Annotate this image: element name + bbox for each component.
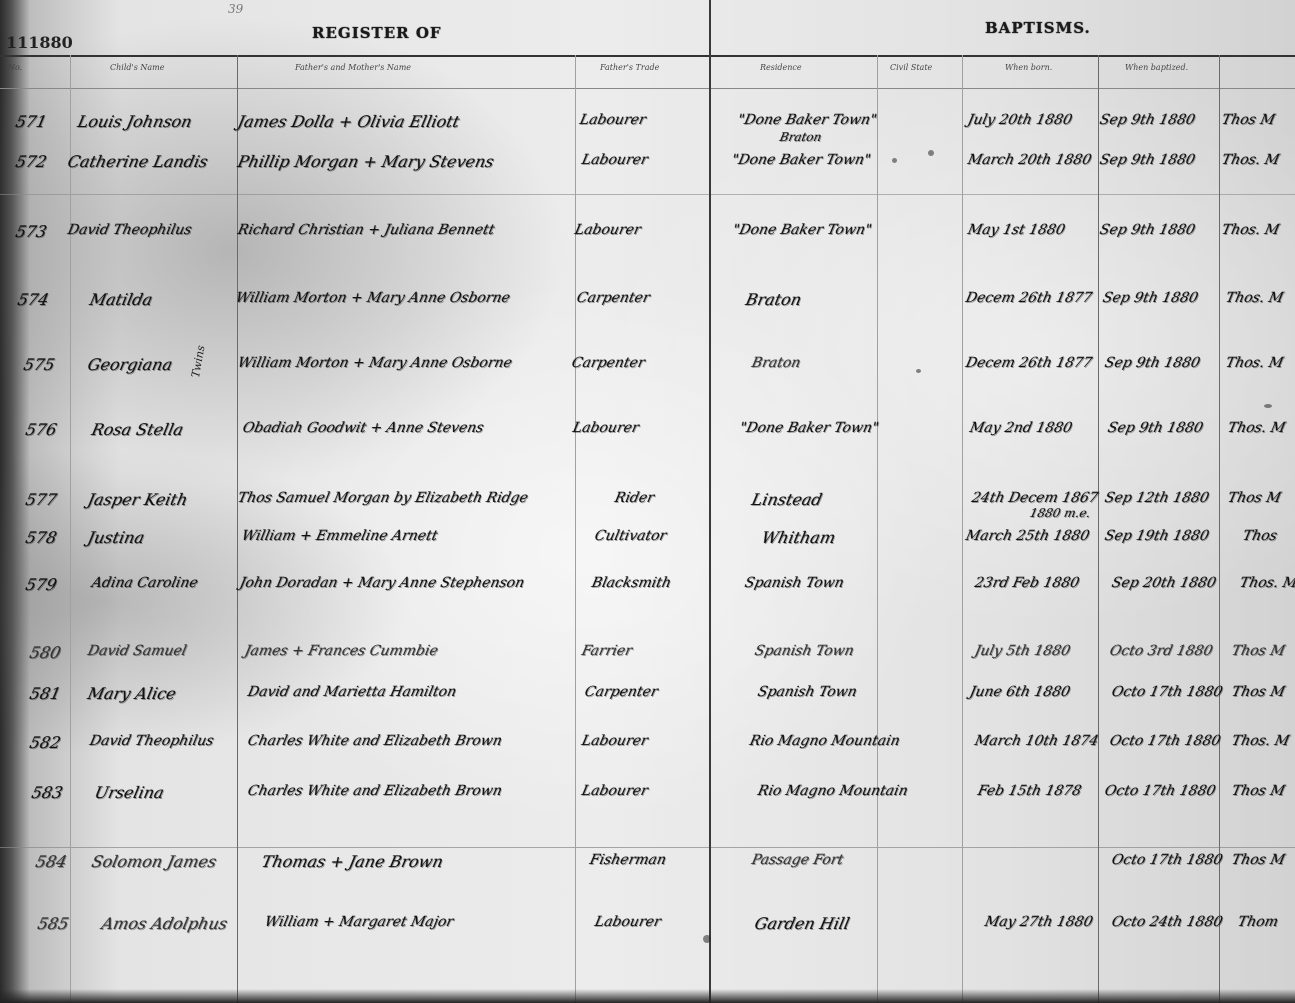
minister: Thos. M bbox=[1226, 420, 1287, 436]
father-trade: Blacksmith bbox=[590, 575, 672, 591]
baptized-date: Octo 17th 1880 bbox=[1108, 733, 1222, 749]
table-row: 571 Louis Johnson James Dolla + Olivia E… bbox=[0, 112, 1295, 152]
residence: Whitham bbox=[760, 528, 837, 547]
minister: Thos M bbox=[1230, 684, 1286, 700]
father-trade: Carpenter bbox=[570, 355, 646, 371]
entry-no: 573 bbox=[14, 222, 49, 241]
table-row: 580 David Samuel James + Frances Cummbie… bbox=[0, 643, 1295, 683]
minister: Thos M bbox=[1230, 643, 1286, 659]
residence: Spanish Town bbox=[743, 575, 845, 591]
entry-no: 577 bbox=[24, 490, 59, 509]
child-name: Catherine Landis bbox=[66, 152, 210, 171]
parents-name: William Morton + Mary Anne Osborne bbox=[236, 355, 513, 371]
table-row: 572 Catherine Landis Phillip Morgan + Ma… bbox=[0, 152, 1295, 192]
header-top-rule bbox=[0, 55, 1295, 57]
minister: Thos M bbox=[1226, 490, 1282, 506]
residence: Spanish Town bbox=[756, 684, 858, 700]
col-header-when-born: When born. bbox=[1005, 63, 1052, 72]
table-row: 578 Justina William + Emmeline Arnett Cu… bbox=[0, 528, 1295, 568]
born-date: 24th Decem 1867 bbox=[970, 490, 1099, 506]
born-date-correction: 1880 m.e. bbox=[1029, 506, 1092, 520]
parents-name: William Morton + Mary Anne Osborne bbox=[234, 290, 511, 306]
father-trade: Carpenter bbox=[575, 290, 651, 306]
minister: Thos M bbox=[1230, 852, 1286, 868]
baptized-date: Octo 17th 1880 bbox=[1110, 684, 1224, 700]
father-trade: Labourer bbox=[580, 733, 649, 749]
col-header-child-name: Child's Name bbox=[110, 63, 164, 72]
row-rule bbox=[0, 847, 1295, 848]
residence-note: Braton bbox=[779, 130, 823, 144]
entry-no: 585 bbox=[36, 914, 71, 933]
baptized-date: Octo 17th 1880 bbox=[1110, 852, 1224, 868]
born-date: March 20th 1880 bbox=[966, 152, 1093, 168]
baptized-date: Sep 9th 1880 bbox=[1098, 152, 1196, 168]
child-name: Amos Adolphus bbox=[100, 914, 229, 933]
parents-name: Thos Samuel Morgan by Elizabeth Ridge bbox=[236, 490, 529, 506]
baptized-date: Sep 9th 1880 bbox=[1106, 420, 1204, 436]
father-trade: Cultivator bbox=[593, 528, 668, 544]
born-date: July 20th 1880 bbox=[966, 112, 1073, 128]
entry-no: 578 bbox=[24, 528, 59, 547]
minister: Thos. M bbox=[1220, 152, 1281, 168]
ink-stain bbox=[916, 369, 921, 373]
header-bottom-rule bbox=[0, 88, 1295, 89]
minister: Thos. M bbox=[1220, 222, 1281, 238]
table-row: 574 Matilda William Morton + Mary Anne O… bbox=[0, 290, 1295, 330]
entry-no: 581 bbox=[28, 684, 63, 703]
father-trade: Labourer bbox=[573, 222, 642, 238]
born-date: Decem 26th 1877 bbox=[964, 355, 1093, 371]
entry-no: 583 bbox=[30, 783, 65, 802]
ink-stain bbox=[1264, 404, 1272, 408]
entry-no: 575 bbox=[22, 355, 57, 374]
parents-name: William + Margaret Major bbox=[263, 914, 455, 930]
ink-stain bbox=[928, 150, 934, 156]
born-date: Decem 26th 1877 bbox=[964, 290, 1093, 306]
page-number: 111880 bbox=[6, 33, 73, 52]
parents-name: Charles White and Elizabeth Brown bbox=[246, 783, 503, 799]
ink-stain bbox=[892, 158, 897, 163]
child-name: David Theophilus bbox=[88, 733, 215, 749]
father-trade: Labourer bbox=[571, 420, 640, 436]
minister: Thos. M bbox=[1224, 290, 1285, 306]
child-name: David Samuel bbox=[86, 643, 188, 659]
parents-name: David and Marietta Hamilton bbox=[246, 684, 458, 700]
father-trade: Labourer bbox=[578, 112, 647, 128]
child-name: Georgiana bbox=[86, 355, 174, 374]
born-date: May 27th 1880 bbox=[983, 914, 1094, 930]
parents-name: James + Frances Cummbie bbox=[243, 643, 439, 659]
father-trade: Farrier bbox=[580, 643, 633, 659]
table-row: 585 Amos Adolphus William + Margaret Maj… bbox=[0, 914, 1295, 954]
folio-mark: 39 bbox=[228, 2, 243, 16]
minister: Thos. M bbox=[1224, 355, 1285, 371]
register-title-left: REGISTER OF bbox=[312, 24, 442, 42]
baptized-date: Octo 17th 1880 bbox=[1103, 783, 1217, 799]
born-date: March 10th 1874 bbox=[973, 733, 1100, 749]
residence: Linstead bbox=[750, 490, 824, 509]
father-trade: Labourer bbox=[580, 783, 649, 799]
col-header-no: No. bbox=[8, 63, 22, 72]
baptized-date: Sep 20th 1880 bbox=[1110, 575, 1217, 591]
born-date: July 5th 1880 bbox=[973, 643, 1072, 659]
child-name: Rosa Stella bbox=[90, 420, 185, 439]
entry-no: 580 bbox=[28, 643, 63, 662]
born-date: June 6th 1880 bbox=[968, 684, 1071, 700]
baptized-date: Sep 12th 1880 bbox=[1103, 490, 1210, 506]
table-row: 581 Mary Alice David and Marietta Hamilt… bbox=[0, 684, 1295, 724]
residence: "Done Baker Town" bbox=[730, 152, 872, 168]
parents-name: William + Emmeline Arnett bbox=[240, 528, 439, 544]
minister: Thom bbox=[1236, 914, 1279, 930]
entry-no: 574 bbox=[16, 290, 51, 309]
baptized-date: Sep 9th 1880 bbox=[1098, 112, 1196, 128]
minister: Thos. M bbox=[1238, 575, 1295, 591]
born-date: 23rd Feb 1880 bbox=[973, 575, 1081, 591]
entry-no: 579 bbox=[24, 575, 59, 594]
child-name: Urselina bbox=[93, 783, 166, 802]
father-trade: Rider bbox=[613, 490, 655, 506]
page-prefix: 11 bbox=[6, 33, 28, 52]
baptized-date: Octo 3rd 1880 bbox=[1108, 643, 1214, 659]
residence: Braton bbox=[750, 355, 802, 371]
page-year: 1880 bbox=[28, 33, 73, 52]
table-row: 579 Adina Caroline John Doradan + Mary A… bbox=[0, 575, 1295, 615]
residence: Garden Hill bbox=[753, 914, 851, 933]
parents-name: Richard Christian + Juliana Bennett bbox=[236, 222, 496, 238]
col-header-when-baptized: When baptized. bbox=[1125, 63, 1188, 72]
entry-no: 572 bbox=[14, 152, 49, 171]
col-header-parents: Father's and Mother's Name bbox=[295, 63, 411, 72]
table-row: 583 Urselina Charles White and Elizabeth… bbox=[0, 783, 1295, 823]
born-date: May 1st 1880 bbox=[966, 222, 1066, 238]
parents-name: James Dolla + Olivia Elliott bbox=[236, 112, 461, 131]
residence: Passage Fort bbox=[750, 852, 845, 868]
baptized-date: Sep 19th 1880 bbox=[1103, 528, 1210, 544]
parents-name: Phillip Morgan + Mary Stevens bbox=[236, 152, 496, 171]
table-row: 577 Jasper Keith Thos Samuel Morgan by E… bbox=[0, 490, 1295, 530]
child-name: Justina bbox=[86, 528, 146, 547]
child-name: Louis Johnson bbox=[76, 112, 194, 131]
residence: "Done Baker Town" bbox=[736, 112, 878, 128]
child-name: David Theophilus bbox=[66, 222, 193, 238]
parents-name: Thomas + Jane Brown bbox=[260, 852, 445, 871]
residence: "Done Baker Town" bbox=[738, 420, 880, 436]
minister: Thos bbox=[1241, 528, 1278, 544]
born-date: March 25th 1880 bbox=[964, 528, 1091, 544]
register-page: 39 111880 REGISTER OF BAPTISMS. No. Chil… bbox=[0, 0, 1295, 1003]
entry-no: 576 bbox=[24, 420, 59, 439]
parents-name: John Doradan + Mary Anne Stephenson bbox=[238, 575, 526, 591]
row-rule bbox=[0, 194, 1295, 195]
residence: Braton bbox=[744, 290, 803, 309]
register-title-right: BAPTISMS. bbox=[985, 19, 1091, 37]
child-name: Jasper Keith bbox=[86, 490, 189, 509]
child-name: Adina Caroline bbox=[90, 575, 199, 591]
table-row: 576 Rosa Stella Obadiah Goodwit + Anne S… bbox=[0, 420, 1295, 460]
parents-name: Obadiah Goodwit + Anne Stevens bbox=[241, 420, 485, 436]
col-header-trade: Father's Trade bbox=[600, 63, 659, 72]
minister: Thos. M bbox=[1230, 733, 1291, 749]
minister: Thos M bbox=[1230, 783, 1286, 799]
born-date: May 2nd 1880 bbox=[968, 420, 1073, 436]
child-name: Solomon James bbox=[90, 852, 218, 871]
entry-no: 582 bbox=[28, 733, 63, 752]
residence: Rio Magno Mountain bbox=[756, 783, 909, 799]
baptized-date: Sep 9th 1880 bbox=[1103, 355, 1201, 371]
table-row: 575 Georgiana Twins William Morton + Mar… bbox=[0, 355, 1295, 395]
table-row: 582 David Theophilus Charles White and E… bbox=[0, 733, 1295, 773]
child-name: Matilda bbox=[88, 290, 154, 309]
col-header-residence: Residence bbox=[760, 63, 802, 72]
child-name: Mary Alice bbox=[86, 684, 178, 703]
father-trade: Labourer bbox=[593, 914, 662, 930]
baptized-date: Sep 9th 1880 bbox=[1101, 290, 1199, 306]
born-date: Feb 15th 1878 bbox=[976, 783, 1083, 799]
table-row: 584 Solomon James Thomas + Jane Brown Fi… bbox=[0, 852, 1295, 892]
col-header-civil-state: Civil State bbox=[890, 63, 932, 72]
table-row: 573 David Theophilus Richard Christian +… bbox=[0, 222, 1295, 262]
father-trade: Fisherman bbox=[588, 852, 667, 868]
residence: Rio Magno Mountain bbox=[748, 733, 901, 749]
page-edge-shadow bbox=[0, 989, 1295, 1003]
twins-annotation: Twins bbox=[189, 344, 207, 378]
father-trade: Labourer bbox=[580, 152, 649, 168]
father-trade: Carpenter bbox=[583, 684, 659, 700]
ink-stain bbox=[703, 935, 711, 943]
minister: Thos M bbox=[1220, 112, 1276, 128]
baptized-date: Octo 24th 1880 bbox=[1110, 914, 1224, 930]
parents-name: Charles White and Elizabeth Brown bbox=[246, 733, 503, 749]
residence: Spanish Town bbox=[753, 643, 855, 659]
entry-no: 571 bbox=[14, 112, 49, 131]
residence: "Done Baker Town" bbox=[731, 222, 873, 238]
entry-no: 584 bbox=[34, 852, 69, 871]
baptized-date: Sep 9th 1880 bbox=[1098, 222, 1196, 238]
